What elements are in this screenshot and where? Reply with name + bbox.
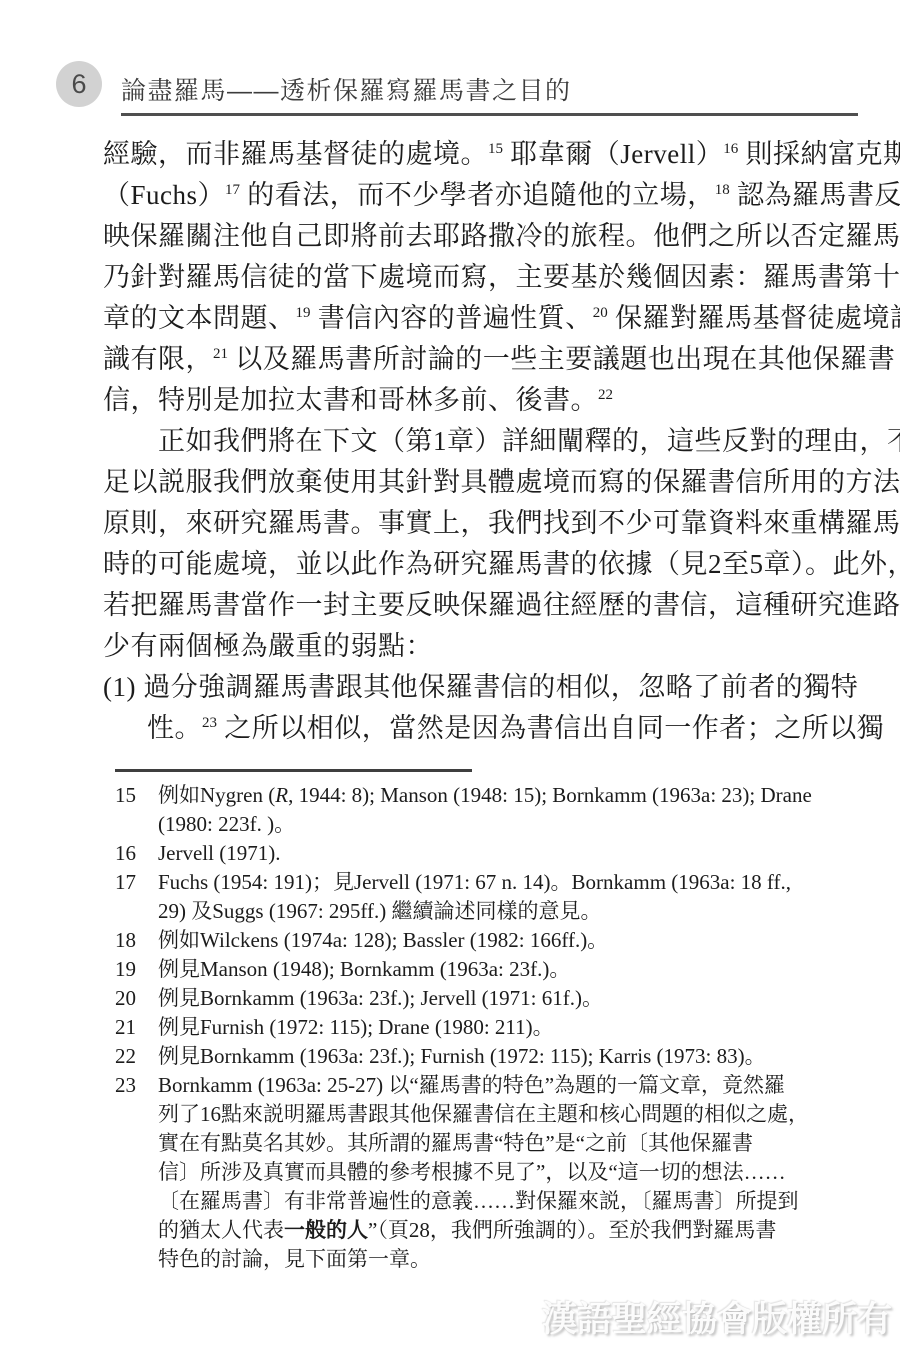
text-run: 映保羅關注他自己即將前去耶路撒冷的旅程。他們之所以否定羅馬書 (103, 221, 900, 251)
body-line: 信，特別是加拉太書和哥林多前、後書。22 (103, 380, 860, 421)
text-run: （Fuchs） (103, 180, 225, 210)
text-run: 信〕所涉及真實而具體的參考根據不見了”，以及“這一切的想法…… (158, 1160, 786, 1184)
text-run: 的猶太人代表 (158, 1218, 284, 1242)
footnote-ref: 23 (202, 715, 217, 731)
footnote-line: 例如Wilckens (1974a: 128); Bassler (1982: … (158, 926, 860, 955)
footnote-separator-rule (115, 769, 472, 772)
text-run: 時的可能處境，並以此作為研究羅馬書的依據（見2至5章）。此外， (103, 549, 900, 579)
body-line: 性。23 之所以相似，當然是因為書信出自同一作者；之所以獨 (103, 708, 860, 749)
text-run: 經驗，而非羅馬基督徒的處境。 (103, 139, 488, 169)
bold-text: 一般的人 (284, 1218, 368, 1242)
footnote-item: 18例如Wilckens (1974a: 128); Bassler (1982… (103, 926, 860, 955)
footnote-text: Bornkamm (1963a: 25-27) 以“羅馬書的特色”為題的一篇文章… (158, 1071, 860, 1274)
text-run: 例如Nygren ( (158, 783, 275, 807)
body-line: 少有兩個極為嚴重的弱點： (103, 626, 860, 667)
body-line: (1) 過分強調羅馬書跟其他保羅書信的相似，忽略了前者的獨特 (103, 667, 860, 708)
footnote-number: 18 (103, 926, 158, 955)
text-run: 保羅對羅馬基督徒處境認 (608, 303, 900, 333)
footnote-line: Bornkamm (1963a: 25-27) 以“羅馬書的特色”為題的一篇文章… (158, 1071, 860, 1100)
text-run: Fuchs (1954: 191)；見Jervell (1971: 67 n. … (158, 870, 791, 894)
footnotes: 15例如Nygren (R, 1944: 8); Manson (1948: 1… (103, 781, 860, 1274)
page-number-badge: 6 (56, 61, 102, 107)
body-line: 正如我們將在下文（第1章）詳細闡釋的，這些反對的理由，不 (103, 421, 860, 462)
text-run: Bornkamm (1963a: 25-27) 以“羅馬書的特色”為題的一篇文章… (158, 1073, 785, 1097)
text-run: 〔在羅馬書〕有非常普遍性的意義……對保羅來説，〔羅馬書〕所提到 (158, 1189, 799, 1213)
footnote-ref: 16 (723, 141, 738, 157)
text-run: 之所以相似，當然是因為書信出自同一作者；之所以獨 (217, 713, 884, 743)
body-line: 章的文本問題、19 書信內容的普遍性質、20 保羅對羅馬基督徒處境認 (103, 298, 860, 339)
copyright-watermark: 漢語聖經協會版權所有 (542, 1292, 892, 1342)
text-run: 29) 及Suggs (1967: 295ff.) 繼續論述同樣的意見。 (158, 899, 602, 923)
footnote-number: 22 (103, 1042, 158, 1071)
footnote-ref: 21 (213, 346, 228, 362)
text-run: ”（頁28，我們所強調的）。至於我們對羅馬書 (368, 1218, 776, 1242)
footnote-number: 19 (103, 955, 158, 984)
footnote-line: 29) 及Suggs (1967: 295ff.) 繼續論述同樣的意見。 (158, 897, 860, 926)
footnote-number: 20 (103, 984, 158, 1013)
header-rule (121, 113, 858, 116)
text-run: 信，特別是加拉太書和哥林多前、後書。 (103, 385, 598, 415)
book-page: 6 論盡羅馬——透析保羅寫羅馬書之目的 經驗，而非羅馬基督徒的處境。15 耶韋爾… (0, 0, 900, 1350)
footnote-text: Jervell (1971). (158, 839, 860, 868)
footnote-ref: 15 (488, 141, 503, 157)
text-run: 書信內容的普遍性質、 (311, 303, 593, 333)
text-run: 的看法，而不少學者亦追隨他的立場， (240, 180, 715, 210)
footnote-item: 21例見Furnish (1972: 115); Drane (1980: 21… (103, 1013, 860, 1042)
text-run: 特色的討論，見下面第一章。 (158, 1247, 431, 1271)
running-header-title: 論盡羅馬——透析保羅寫羅馬書之目的 (121, 71, 572, 107)
body-line: 時的可能處境，並以此作為研究羅馬書的依據（見2至5章）。此外， (103, 544, 860, 585)
footnote-number: 15 (103, 781, 158, 810)
text-run: 乃針對羅馬信徒的當下處境而寫，主要基於幾個因素：羅馬書第十六 (103, 262, 900, 292)
body-line: 映保羅關注他自己即將前去耶路撒冷的旅程。他們之所以否定羅馬書 (103, 216, 860, 257)
footnote-item: 22例見Bornkamm (1963a: 23f.); Furnish (197… (103, 1042, 860, 1071)
body-line: 識有限，21 以及羅馬書所討論的一些主要議題也出現在其他保羅書 (103, 339, 860, 380)
text-run: 原則，來研究羅馬書。事實上，我們找到不少可靠資料來重構羅馬當 (103, 508, 900, 538)
footnote-line: 特色的討論，見下面第一章。 (158, 1245, 860, 1274)
footnote-text: 例見Furnish (1972: 115); Drane (1980: 211)… (158, 1013, 860, 1042)
text-run: 少有兩個極為嚴重的弱點： (103, 631, 433, 661)
footnote-line: 的猶太人代表一般的人”（頁28，我們所強調的）。至於我們對羅馬書 (158, 1216, 860, 1245)
footnote-line: 例見Manson (1948); Bornkamm (1963a: 23f.)。 (158, 955, 860, 984)
text-run: 正如我們將在下文（第1章）詳細闡釋的，這些反對的理由，不 (158, 426, 900, 456)
footnote-ref: 22 (598, 387, 613, 403)
footnote-ref: 19 (296, 305, 311, 321)
body-line: 若把羅馬書當作一封主要反映保羅過往經歷的書信，這種研究進路至 (103, 585, 860, 626)
footnote-item: 16Jervell (1971). (103, 839, 860, 868)
footnote-line: 例如Nygren (R, 1944: 8); Manson (1948: 15)… (158, 781, 860, 810)
footnote-number: 17 (103, 868, 158, 897)
footnote-line: 例見Furnish (1972: 115); Drane (1980: 211)… (158, 1013, 860, 1042)
footnote-line: Fuchs (1954: 191)；見Jervell (1971: 67 n. … (158, 868, 860, 897)
footnote-ref: 20 (593, 305, 608, 321)
footnote-line: 例見Bornkamm (1963a: 23f.); Jervell (1971:… (158, 984, 860, 1013)
italic-text: R (275, 783, 288, 807)
text-run: 實在有點莫名其妙。其所謂的羅馬書“特色”是“之前〔其他保羅書 (158, 1131, 753, 1155)
text-run: (1980: 223f. )。 (158, 812, 295, 836)
body-line: 乃針對羅馬信徒的當下處境而寫，主要基於幾個因素：羅馬書第十六 (103, 257, 860, 298)
body-line: 原則，來研究羅馬書。事實上，我們找到不少可靠資料來重構羅馬當 (103, 503, 860, 544)
text-run: Jervell (1971). (158, 841, 280, 865)
body-line: 足以説服我們放棄使用其針對具體處境而寫的保羅書信所用的方法論 (103, 462, 860, 503)
footnote-ref: 18 (715, 182, 730, 198)
text-run: 以及羅馬書所討論的一些主要議題也出現在其他保羅書 (228, 344, 895, 374)
footnote-item: 15例如Nygren (R, 1944: 8); Manson (1948: 1… (103, 781, 860, 839)
text-run: 則採納富克斯 (738, 139, 900, 169)
text-run: 性。 (147, 713, 202, 743)
footnote-text: 例如Nygren (R, 1944: 8); Manson (1948: 15)… (158, 781, 860, 839)
footnote-text: 例見Bornkamm (1963a: 23f.); Jervell (1971:… (158, 984, 860, 1013)
footnote-line: 信〕所涉及真實而具體的參考根據不見了”，以及“這一切的想法…… (158, 1158, 860, 1187)
footnote-line: 列了16點來説明羅馬書跟其他保羅書信在主題和核心問題的相似之處， (158, 1100, 860, 1129)
footnote-line: 例見Bornkamm (1963a: 23f.); Furnish (1972:… (158, 1042, 860, 1071)
footnote-line: 實在有點莫名其妙。其所謂的羅馬書“特色”是“之前〔其他保羅書 (158, 1129, 860, 1158)
text-run: (1) 過分強調羅馬書跟其他保羅書信的相似，忽略了前者的獨特 (103, 672, 858, 702)
footnote-item: 17Fuchs (1954: 191)；見Jervell (1971: 67 n… (103, 868, 860, 926)
footnote-line: Jervell (1971). (158, 839, 860, 868)
text-run: , 1944: 8); Manson (1948: 15); Bornkamm … (288, 783, 812, 807)
footnote-item: 20例見Bornkamm (1963a: 23f.); Jervell (197… (103, 984, 860, 1013)
footnote-text: 例見Bornkamm (1963a: 23f.); Furnish (1972:… (158, 1042, 860, 1071)
text-run: 例如Wilckens (1974a: 128); Bassler (1982: … (158, 928, 608, 952)
text-run: 例見Bornkamm (1963a: 23f.); Jervell (1971:… (158, 986, 603, 1010)
footnote-number: 23 (103, 1071, 158, 1100)
text-run: 認為羅馬書反 (730, 180, 900, 210)
text-run: 列了16點來説明羅馬書跟其他保羅書信在主題和核心問題的相似之處， (158, 1102, 809, 1126)
text-run: 若把羅馬書當作一封主要反映保羅過往經歷的書信，這種研究進路至 (103, 590, 900, 620)
footnote-text: 例見Manson (1948); Bornkamm (1963a: 23f.)。 (158, 955, 860, 984)
footnote-item: 23Bornkamm (1963a: 25-27) 以“羅馬書的特色”為題的一篇… (103, 1071, 860, 1274)
text-run: 耶韋爾（Jervell） (503, 139, 723, 169)
footnote-item: 19例見Manson (1948); Bornkamm (1963a: 23f.… (103, 955, 860, 984)
footnote-text: Fuchs (1954: 191)；見Jervell (1971: 67 n. … (158, 868, 860, 926)
text-run: 例見Manson (1948); Bornkamm (1963a: 23f.)。 (158, 957, 570, 981)
body-text: 經驗，而非羅馬基督徒的處境。15 耶韋爾（Jervell）16 則採納富克斯（F… (103, 134, 860, 749)
text-run: 識有限， (103, 344, 213, 374)
text-run: 例見Furnish (1972: 115); Drane (1980: 211)… (158, 1015, 554, 1039)
text-run: 足以説服我們放棄使用其針對具體處境而寫的保羅書信所用的方法論 (103, 467, 900, 497)
body-line: 經驗，而非羅馬基督徒的處境。15 耶韋爾（Jervell）16 則採納富克斯 (103, 134, 860, 175)
footnote-line: 〔在羅馬書〕有非常普遍性的意義……對保羅來説，〔羅馬書〕所提到 (158, 1187, 860, 1216)
page-number: 6 (71, 69, 86, 100)
footnote-number: 16 (103, 839, 158, 868)
footnote-text: 例如Wilckens (1974a: 128); Bassler (1982: … (158, 926, 860, 955)
body-line: （Fuchs）17 的看法，而不少學者亦追隨他的立場，18 認為羅馬書反 (103, 175, 860, 216)
text-run: 例見Bornkamm (1963a: 23f.); Furnish (1972:… (158, 1044, 766, 1068)
footnote-number: 21 (103, 1013, 158, 1042)
footnote-line: (1980: 223f. )。 (158, 810, 860, 839)
text-run: 章的文本問題、 (103, 303, 296, 333)
footnote-ref: 17 (225, 182, 240, 198)
